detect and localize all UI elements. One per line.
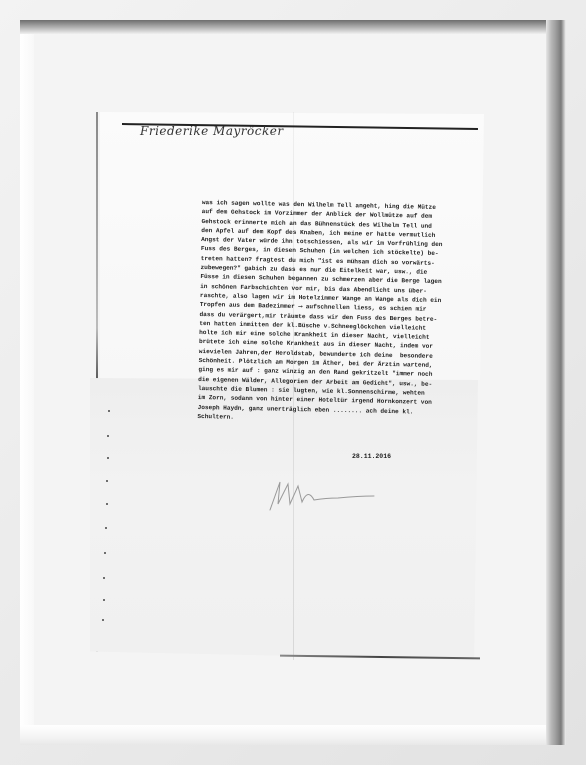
letter-date: 28.11.2016 [352, 453, 391, 460]
punch-hole-mark [103, 599, 105, 601]
punch-hole-mark [107, 435, 109, 437]
punch-hole-mark [105, 527, 107, 529]
frame-bevel-bottom [20, 725, 546, 745]
punch-hole-mark [103, 577, 105, 579]
punch-hole-mark [107, 457, 109, 459]
punch-hole-mark [108, 410, 110, 412]
typed-letter-body: was ich sagen wollte was den Wilhelm Tel… [197, 198, 442, 426]
punch-hole-mark [106, 480, 108, 482]
punch-hole-mark [102, 619, 104, 621]
punch-hole-mark [106, 503, 108, 505]
letter-paper: Friederike Mayröcker was ich sagen wollt… [100, 112, 486, 660]
frame-bevel-left [20, 34, 34, 745]
author-handwritten-name: Friederike Mayröcker [140, 124, 284, 138]
frame-bevel-top [20, 20, 566, 34]
punch-hole-mark [104, 552, 106, 554]
signature-scribble [268, 474, 378, 514]
frame-bevel-right [546, 20, 566, 745]
